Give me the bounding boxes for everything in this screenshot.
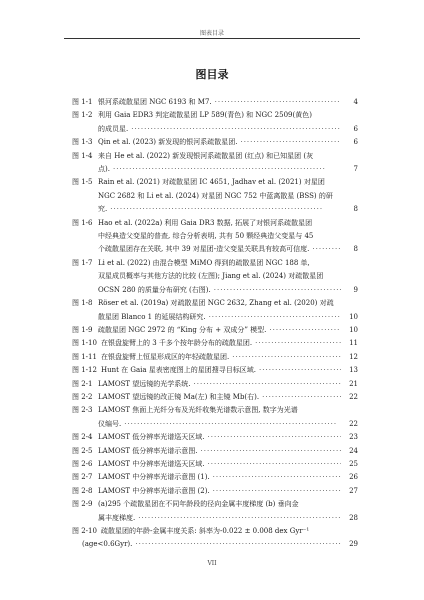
- figure-caption: (age<0.6Gyr).: [82, 538, 132, 551]
- page-ref[interactable]: 23: [344, 431, 358, 444]
- toc-entry[interactable]: 图 1-9疏散星团 NGC 2972 的 “King 分布 + 双成分” 模型.…: [72, 324, 358, 337]
- figure-caption: 在银盘旋臂上的 3 千多个按年龄分布的疏散星团.: [101, 337, 252, 350]
- figure-label: 图 2-7: [72, 471, 98, 484]
- figure-label: 图 1-9: [72, 324, 98, 337]
- toc-entry[interactable]: 图 1-5Rain et al. (2021) 对疏散星团 IC 4651, J…: [72, 176, 358, 216]
- dot-leader: ········································…: [232, 351, 341, 364]
- toc-entry[interactable]: 图 1-7Li et al. (2022) 由混合模型 MiMO 得到的疏散星团…: [72, 257, 358, 297]
- dot-leader: ········································…: [213, 485, 341, 498]
- figure-caption: Rain et al. (2021) 对疏散星团 IC 4651, Jadhav…: [98, 176, 358, 189]
- toc-entry[interactable]: 图 2-8LAMOST 中分辨率光谱示意图 (2).··············…: [72, 485, 358, 498]
- figure-caption: Li et al. (2022) 由混合模型 MiMO 得到的疏散星团 NGC …: [98, 257, 358, 270]
- dot-leader: ········································…: [201, 445, 341, 458]
- page-ref[interactable]: 8: [344, 243, 358, 256]
- toc-entry[interactable]: 图 2-7LAMOST 中分辨率光谱示意图 (1).··············…: [72, 471, 358, 484]
- figure-label: 图 1-10: [72, 337, 101, 350]
- page-ref[interactable]: 27: [344, 485, 358, 498]
- page-ref[interactable]: 10: [344, 311, 358, 324]
- dot-leader: ········································…: [124, 418, 341, 431]
- figure-label: 图 1-3: [72, 136, 98, 149]
- toc-entry[interactable]: 图 2-5LAMOST 低分辨率光谱示意图.··················…: [72, 445, 358, 458]
- toc-entry[interactable]: 图 2-9(a)295 个疏散星团在不同年龄段的径向金属丰度梯度 (b) 垂向金…: [72, 498, 358, 525]
- figure-caption: LAMOST 低分辨率光谱示意图.: [98, 445, 198, 458]
- page-ref[interactable]: 21: [344, 378, 358, 391]
- figure-caption: 双星成员概率与其他方法的比较 (左图); Jiang et al. (2024)…: [98, 270, 358, 283]
- header-rule: [64, 38, 360, 39]
- toc-entry[interactable]: 图 1-11在银盘旋臂上恒星形成区的年轻疏散星团.···············…: [72, 351, 358, 364]
- dot-leader: ········································…: [110, 203, 341, 216]
- page-ref[interactable]: 22: [344, 391, 358, 404]
- figure-caption: LAMOST 焦面上光纤分布及光纤收集光谱数示意图, 数字为光谱: [98, 404, 358, 417]
- figure-label: 图 2-1: [72, 378, 98, 391]
- figure-caption: Hao et al. (2022a) 利用 Gaia DR3 数据, 拓展了对银…: [98, 217, 358, 230]
- dot-leader: ········································…: [194, 378, 341, 391]
- figure-caption: 仪编号.: [98, 418, 121, 431]
- dot-leader: ········································…: [208, 431, 341, 444]
- dot-leader: ········································…: [262, 391, 341, 404]
- dot-leader: ········································…: [209, 311, 341, 324]
- figure-label: 图 1-11: [72, 351, 101, 364]
- figure-label: 图 1-2: [72, 109, 98, 122]
- page-ref[interactable]: 7: [344, 163, 358, 176]
- figure-caption: (a)295 个疏散星团在不同年龄段的径向金属丰度梯度 (b) 垂向金: [98, 498, 358, 511]
- figure-caption: LAMOST 望远镜的改正镜 Ma(左) 和主镜 Mb(右).: [98, 391, 259, 404]
- toc-entry[interactable]: 图 2-3LAMOST 焦面上光纤分布及光纤收集光谱数示意图, 数字为光谱仪编号…: [72, 404, 358, 431]
- page-ref[interactable]: 6: [344, 123, 358, 136]
- figure-label: 图 1-1: [72, 96, 98, 109]
- toc-entry[interactable]: 图 2-6LAMOST 中分辨率光谱巡天区域.·················…: [72, 458, 358, 471]
- figure-label: 图 1-8: [72, 297, 98, 310]
- dot-leader: ········································…: [135, 538, 341, 551]
- toc-entry[interactable]: 图 2-2LAMOST 望远镜的改正镜 Ma(左) 和主镜 Mb(右).····…: [72, 391, 358, 404]
- figure-caption: LAMOST 望远镜的光学系统.: [98, 378, 191, 391]
- page-ref[interactable]: 6: [344, 136, 358, 149]
- figure-caption: 的成员星.: [98, 123, 128, 136]
- toc-entry[interactable]: 图 1-10在银盘旋臂上的 3 千多个按年龄分布的疏散星团.··········…: [72, 337, 358, 350]
- dot-leader: ········································…: [208, 458, 341, 471]
- figure-caption: 来自 He et al. (2022) 新发现银河系疏散星团 (红点) 和已知星…: [98, 150, 358, 163]
- page-ref[interactable]: 13: [344, 364, 358, 377]
- figure-caption: 究.: [98, 203, 107, 216]
- page-ref[interactable]: 24: [344, 445, 358, 458]
- toc-entry[interactable]: 图 2-1LAMOST 望远镜的光学系统.···················…: [72, 378, 358, 391]
- figure-caption: Hunt 在 Gaia 星表密度图上的星团搜寻目标区域.: [101, 364, 256, 377]
- toc-entry[interactable]: 图 1-8Röser et al. (2019a) 对疏散星团 NGC 2632…: [72, 297, 358, 324]
- toc-entry[interactable]: 图 1-6Hao et al. (2022a) 利用 Gaia DR3 数据, …: [72, 217, 358, 257]
- figure-label: 图 2-10: [72, 525, 101, 538]
- page-ref[interactable]: 12: [344, 351, 358, 364]
- figure-caption: 个疏散星团存在关联, 其中 39 对星团-造父变星关联具有较高可信度.: [98, 243, 309, 256]
- figure-caption: 疏散星团 NGC 2972 的 “King 分布 + 双成分” 模型.: [98, 324, 266, 337]
- page-ref[interactable]: 4: [344, 96, 358, 109]
- figure-label: 图 2-4: [72, 431, 98, 444]
- toc-entry[interactable]: 图 1-3Qin et al. (2023) 新发现的银河系疏散星团.·····…: [72, 136, 358, 149]
- figure-caption: LAMOST 中分辨率光谱示意图 (1).: [98, 471, 210, 484]
- figure-caption: 属丰度梯度.: [98, 512, 135, 525]
- figure-label: 图 2-5: [72, 445, 98, 458]
- dot-leader: ········································…: [215, 96, 341, 109]
- page-ref[interactable]: 29: [344, 538, 358, 551]
- figure-list: 图 1-1银河系疏散星团 NGC 6193 和 M7.·············…: [72, 96, 358, 552]
- toc-entry[interactable]: 图 1-1银河系疏散星团 NGC 6193 和 M7.·············…: [72, 96, 358, 109]
- page-ref[interactable]: 28: [344, 512, 358, 525]
- page-ref[interactable]: 26: [344, 471, 358, 484]
- figure-caption: Qin et al. (2023) 新发现的银河系疏散星团.: [98, 136, 237, 149]
- page-ref[interactable]: 8: [344, 203, 358, 216]
- figure-label: 图 2-6: [72, 458, 98, 471]
- figure-label: 图 2-2: [72, 391, 98, 404]
- figure-label: 图 1-4: [72, 150, 98, 163]
- running-header: 图表目录: [64, 28, 360, 37]
- figure-label: 图 1-7: [72, 257, 98, 270]
- toc-entry[interactable]: 图 1-12Hunt 在 Gaia 星表密度图上的星团搜寻目标区域.······…: [72, 364, 358, 377]
- page-title: 图目录: [0, 66, 424, 82]
- figure-label: 图 1-12: [72, 364, 101, 377]
- page-ref[interactable]: 22: [344, 418, 358, 431]
- dot-leader: ········································…: [113, 163, 341, 176]
- toc-entry[interactable]: 图 2-4LAMOST 低分辨率光谱巡天区域.·················…: [72, 431, 358, 444]
- figure-caption: Röser et al. (2019a) 对疏散星团 NGC 2632, Zha…: [98, 297, 358, 310]
- figure-caption: LAMOST 低分辨率光谱巡天区域.: [98, 431, 205, 444]
- figure-caption: LAMOST 中分辨率光谱示意图 (2).: [98, 485, 210, 498]
- toc-entry[interactable]: 图 1-4来自 He et al. (2022) 新发现银河系疏散星团 (红点)…: [72, 150, 358, 177]
- figure-label: 图 1-6: [72, 217, 98, 230]
- figure-caption: 银河系疏散星团 NGC 6193 和 M7.: [98, 96, 212, 109]
- figure-label: 图 2-8: [72, 485, 98, 498]
- dot-leader: ········································…: [240, 136, 341, 149]
- page-ref[interactable]: 10: [344, 324, 358, 337]
- figure-caption: 点).: [98, 163, 110, 176]
- dot-leader: ········································…: [312, 243, 341, 256]
- dot-leader: ········································…: [214, 284, 341, 297]
- figure-caption: 疏散星团的年龄-金属丰度关系: 斜率为-0.022 ± 0.008 dex Gy…: [101, 525, 358, 538]
- page-ref[interactable]: 11: [344, 337, 358, 350]
- toc-entry[interactable]: 图 1-2利用 Gaia EDR3 判定疏散星团 LP 589(青色) 和 NG…: [72, 109, 358, 136]
- dot-leader: ········································…: [269, 324, 341, 337]
- figure-caption: NGC 2682 和 Li et al. (2024) 对星团 NGC 752 …: [98, 190, 358, 203]
- figure-label: 图 1-5: [72, 176, 98, 189]
- figure-caption: 利用 Gaia EDR3 判定疏散星团 LP 589(青色) 和 NGC 250…: [98, 109, 358, 122]
- figure-caption: LAMOST 中分辨率光谱巡天区域.: [98, 458, 205, 471]
- figure-caption: 中经典造父变星的普查, 综合分析表明, 共有 50 颗经典造父变星与 45: [98, 230, 358, 243]
- figure-caption: 在银盘旋臂上恒星形成区的年轻疏散星团.: [101, 351, 229, 364]
- figure-caption: 散星团 Blanco 1 的延展结构研究.: [98, 311, 206, 324]
- page-ref[interactable]: 25: [344, 458, 358, 471]
- dot-leader: ········································…: [213, 471, 341, 484]
- figure-label: 图 2-9: [72, 498, 98, 511]
- figure-label: 图 2-3: [72, 404, 98, 417]
- dot-leader: ········································…: [255, 337, 341, 350]
- figure-caption: OCSN 280 的质量分布研究 (右图).: [98, 284, 211, 297]
- page-number: VII: [0, 560, 424, 567]
- dot-leader: ········································…: [131, 123, 341, 136]
- toc-entry[interactable]: 图 2-10疏散星团的年龄-金属丰度关系: 斜率为-0.022 ± 0.008 …: [72, 525, 358, 552]
- page-ref[interactable]: 9: [344, 284, 358, 297]
- dot-leader: ········································…: [138, 512, 341, 525]
- dot-leader: ········································…: [259, 364, 341, 377]
